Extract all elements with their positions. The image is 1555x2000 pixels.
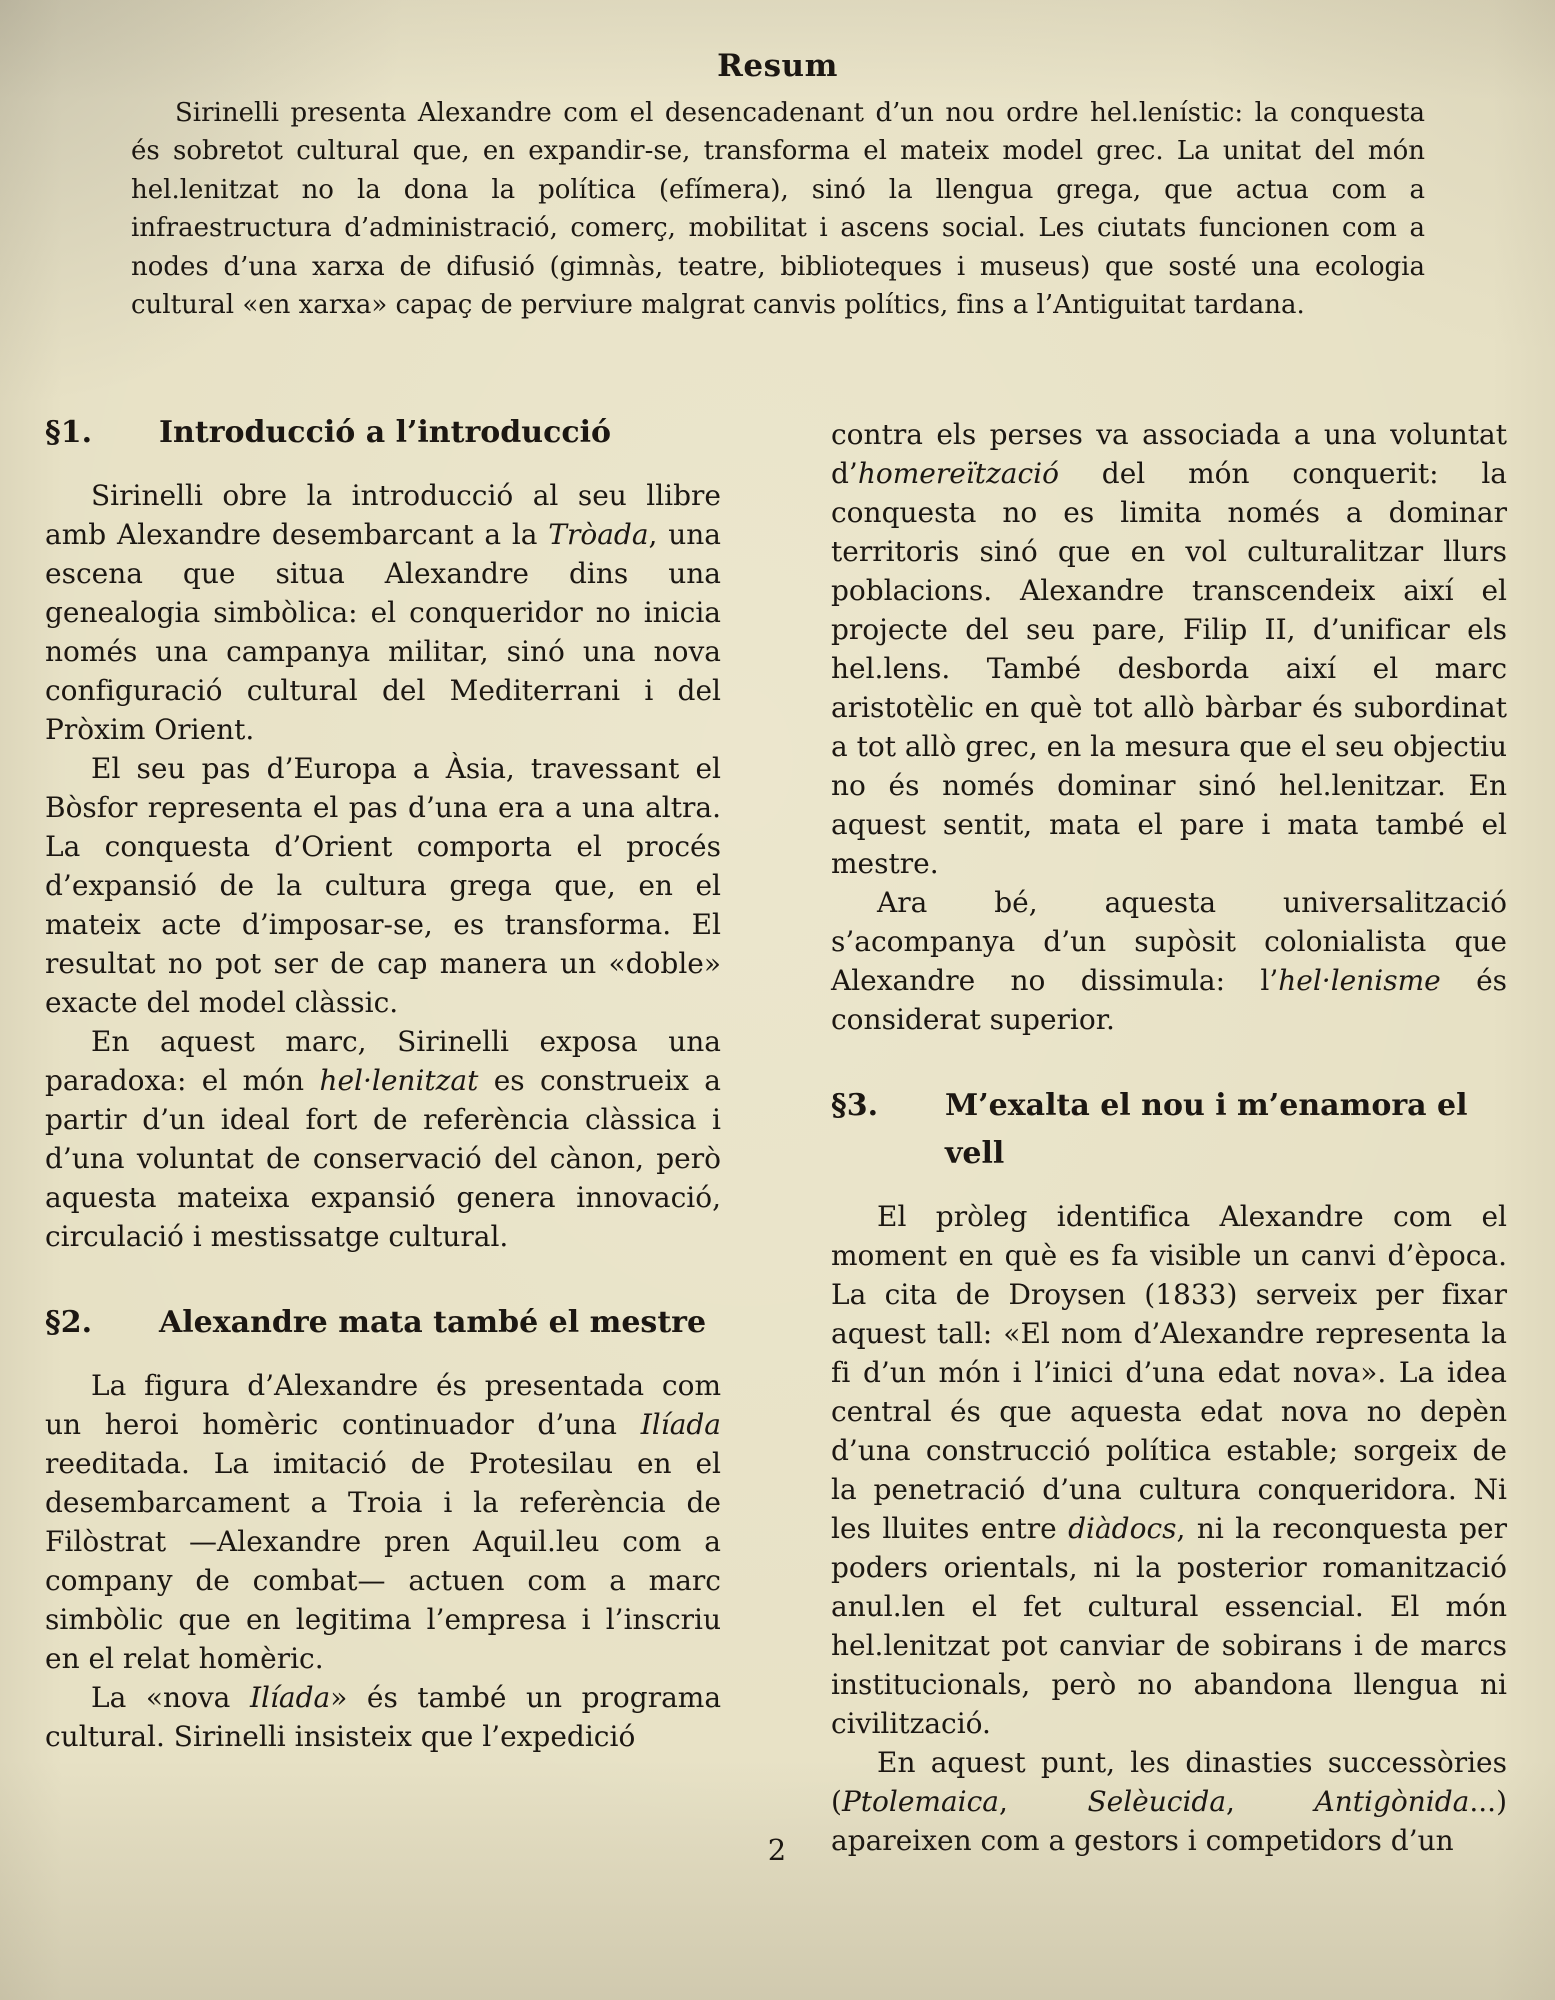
page-title: Resum [0, 48, 1555, 84]
italic-text-run: Ptolemaica [842, 1785, 999, 1818]
text-run: , una escena que situa Alexandre dins un… [45, 518, 721, 746]
paragraph: El seu pas d’Europa a Àsia, travessant e… [45, 749, 721, 1022]
text-run: El seu pas d’Europa a Àsia, travessant e… [45, 752, 721, 1019]
paragraph: La «nova Ilíada» és també un programa cu… [45, 1678, 721, 1756]
text-run: Introducció a l’introducció [159, 415, 611, 450]
italic-text-run: Ilíada [641, 1408, 721, 1441]
section-number: §1. [45, 409, 159, 457]
section-title: M’exalta el nou i m’enamora el vell [945, 1082, 1507, 1178]
italic-text-run: hel·lenitzat [319, 1064, 478, 1097]
section-heading: §1.Introducció a l’introducció [45, 409, 721, 457]
section-heading: §3.M’exalta el nou i m’enamora el vell [831, 1082, 1507, 1178]
paragraph: El pròleg identifica Alexandre com el mo… [831, 1197, 1507, 1743]
text-run: Alexandre mata també el mestre [159, 1305, 706, 1340]
text-run: , ni la reconquesta per poders orientals… [831, 1512, 1507, 1740]
italic-text-run: hel·lenisme [1278, 964, 1440, 997]
section-number: §2. [45, 1299, 159, 1347]
section-number: §3. [831, 1082, 945, 1178]
text-run: La figura d’Alexandre és presentada com … [45, 1369, 721, 1441]
section-heading: §2.Alexandre mata també el mestre [45, 1299, 721, 1347]
italic-text-run: Selèucida [1087, 1785, 1226, 1818]
section-title: Alexandre mata també el mestre [159, 1299, 721, 1347]
page-number: 2 [47, 1833, 1507, 1867]
paragraph: La figura d’Alexandre és presentada com … [45, 1366, 721, 1678]
paragraph: Ara bé, aquesta universalització s’acomp… [831, 883, 1507, 1039]
document-page: Resum Sirinelli presenta Alexandre com e… [0, 0, 1555, 2000]
text-run: del món conquerit: la conquesta no es li… [831, 457, 1507, 880]
column-right: contra els perses va associada a una vol… [831, 409, 1507, 1860]
paragraph: contra els perses va associada a una vol… [831, 415, 1507, 883]
text-run: , [999, 1785, 1087, 1818]
text-run: La «nova [91, 1681, 250, 1714]
abstract-text: Sirinelli presenta Alexandre com el dese… [131, 94, 1425, 324]
paragraph: Sirinelli obre la introducció al seu lli… [45, 476, 721, 749]
text-run: reeditada. La imitació de Protesilau en … [45, 1447, 721, 1675]
italic-text-run: Tròada [548, 518, 648, 551]
text-run: , [1226, 1785, 1314, 1818]
italic-text-run: diàdocs [1068, 1512, 1176, 1545]
italic-text-run: Ilíada [250, 1681, 330, 1714]
paragraph: En aquest marc, Sirinelli exposa una par… [45, 1022, 721, 1256]
section-title: Introducció a l’introducció [159, 409, 721, 457]
text-run: M’exalta el nou i m’enamora el vell [945, 1088, 1468, 1171]
column-left: §1.Introducció a l’introduccióSirinelli … [45, 409, 721, 1756]
italic-text-run: Antigònida [1315, 1785, 1470, 1818]
italic-text-run: homereïtzació [858, 457, 1059, 490]
text-run: El pròleg identifica Alexandre com el mo… [831, 1200, 1507, 1545]
